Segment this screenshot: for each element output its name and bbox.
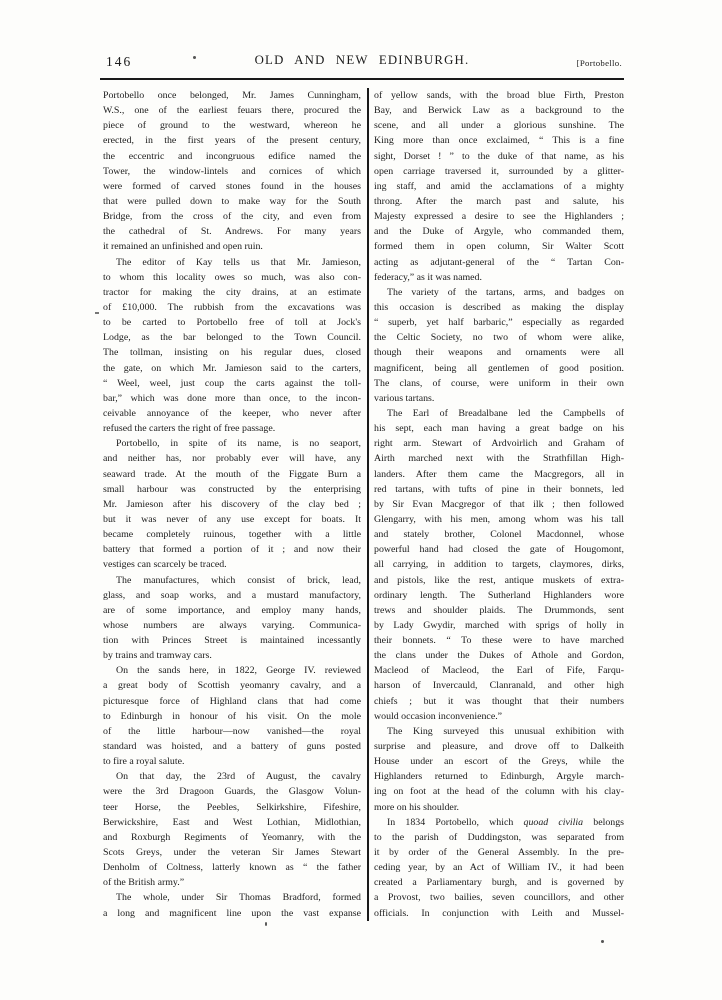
text-line: Bridge, from the cross of the city, and … xyxy=(103,209,361,224)
paragraph: On the sands here, in 1822, George IV. r… xyxy=(103,663,361,769)
scan-speck xyxy=(601,940,604,943)
text-line: it by order of the General Assembly. In … xyxy=(374,845,624,860)
text-line: their bonnets. “ To these were to have m… xyxy=(374,633,624,648)
text-line: trews and shoulder plaids. The Drummonds… xyxy=(374,603,624,618)
paragraph: The variety of the tartans, arms, and ba… xyxy=(374,285,624,406)
text-line: Mr. Jamieson after his discovery of the … xyxy=(103,497,361,512)
text-line: ordinary length. The Sutherland Highland… xyxy=(374,588,624,603)
text-line: were formed of carved stones found in th… xyxy=(103,179,361,194)
page-header: 146 OLD AND NEW EDINBURGH. [Portobello. xyxy=(100,50,624,74)
text-line: glass, and soap works, and a mustard man… xyxy=(103,588,361,603)
text-line: a long and magnificent line upon the vas… xyxy=(103,906,361,921)
paragraph: Portobello once belonged, Mr. James Cunn… xyxy=(103,88,361,255)
text-line: the Celtic Society, no two of whom were … xyxy=(374,330,624,345)
text-line: Berwickshire, East and West Lothian, Mid… xyxy=(103,815,361,830)
text-line: Airth marched next with the Strathfillan… xyxy=(374,451,624,466)
text-line: but it was never of any use except for b… xyxy=(103,512,361,527)
text-line: this occasion is described as making the… xyxy=(374,300,624,315)
text-line: ceding year, by an Act of William IV., i… xyxy=(374,860,624,875)
text-line: are of some importance, and employ many … xyxy=(103,603,361,618)
text-line: In 1834 Portobello, which quoad civilia … xyxy=(374,815,624,830)
text-line: to fire a royal salute. xyxy=(103,754,361,769)
text-line: of yellow sands, with the broad blue Fir… xyxy=(374,88,624,103)
text-line: powerful hand had closed the gate of Hou… xyxy=(374,542,624,557)
text-line: Tower, the window-lintels and cornices o… xyxy=(103,164,361,179)
text-line: seaward trade. At the mouth of the Figga… xyxy=(103,467,361,482)
text-line: open carriage traversed it, surrounded b… xyxy=(374,164,624,179)
text-line: the cathedral of St. Andrews. For many y… xyxy=(103,224,361,239)
text-line: federacy,” as it was named. xyxy=(374,270,624,285)
paragraph: The whole, under Sir Thomas Bradford, fo… xyxy=(103,890,361,920)
text-line: teer Horse, the Peebles, Selkirkshire, F… xyxy=(103,800,361,815)
text-line: Macleod of Macleod, the Earl of Fife, Fa… xyxy=(374,663,624,678)
text-line: Lodge, as the bar belonged to the Town C… xyxy=(103,330,361,345)
text-line: erected, in the first years of the prese… xyxy=(103,133,361,148)
text-line: various tartans. xyxy=(374,391,624,406)
text-line: and pistols, like the rest, antique musk… xyxy=(374,573,624,588)
text-line: chiefs ; but it was thought that their n… xyxy=(374,694,624,709)
text-line: a great body of Scottish yeomanry cavalr… xyxy=(103,678,361,693)
text-line: by Lady Gwydir, marched with sprigs of h… xyxy=(374,618,624,633)
text-line: the gate, on which Mr. Jamieson said to … xyxy=(103,361,361,376)
text-line: by trains and tramway cars. xyxy=(103,648,361,663)
text-line: Highlanders returned to Edinburgh, Argyl… xyxy=(374,769,624,784)
text-line: throng. After the march past and salute,… xyxy=(374,194,624,209)
column-divider-rule xyxy=(367,88,369,921)
text-line: The Earl of Breadalbane led the Campbell… xyxy=(374,406,624,421)
italic-phrase: quoad civilia xyxy=(524,817,584,828)
text-line: formed them in open column, Sir Walter S… xyxy=(374,239,624,254)
text-line: of the British army.” xyxy=(103,875,361,890)
header-rule xyxy=(100,78,624,80)
text-line: of the little harbour—now vanished—the r… xyxy=(103,724,361,739)
text-line: all carrying, in addition to targets, cl… xyxy=(374,557,624,572)
text-line: picturesque force of Highland clans that… xyxy=(103,694,361,709)
text-line: ceivable annoyance of the keeper, who ne… xyxy=(103,406,361,421)
text-line: his sept, each man having a great badge … xyxy=(374,421,624,436)
text-line: scene, and all under a glorious sunshine… xyxy=(374,118,624,133)
text-line: to be carted to Portobello free of toll … xyxy=(103,315,361,330)
text-line: harson of Invercauld, Clanranald, and ot… xyxy=(374,678,624,693)
text-line: to whom this locality owes so much, was … xyxy=(103,270,361,285)
paragraph: The King surveyed this unusual exhibitio… xyxy=(374,724,624,815)
text-line: “ Weel, weel, just coup the carts agains… xyxy=(103,376,361,391)
text-line: and neither has, nor probably ever will … xyxy=(103,451,361,466)
text-line: The tollman, insisting on his regular du… xyxy=(103,345,361,360)
text-line: King more than once exclaimed, “ This is… xyxy=(374,133,624,148)
paragraph: The Earl of Breadalbane led the Campbell… xyxy=(374,406,624,724)
text-line: tion with Princes Street is maintained i… xyxy=(103,633,361,648)
text-line: by Sir Evan Macgregor of that ilk ; then… xyxy=(374,497,624,512)
text-line: vestiges can scarcely be traced. xyxy=(103,557,361,572)
text-line: Portobello, in spite of its name, is no … xyxy=(103,436,361,451)
text-line: created a Parliamentary burgh, and is go… xyxy=(374,875,624,890)
text-line: On that day, the 23rd of August, the cav… xyxy=(103,769,361,784)
text-line: The whole, under Sir Thomas Bradford, fo… xyxy=(103,890,361,905)
text-line: The manufactures, which consist of brick… xyxy=(103,573,361,588)
text-line: surprise and pleasure, and drove off to … xyxy=(374,739,624,754)
text-line: refused the carters the right of free pa… xyxy=(103,421,361,436)
paragraph: In 1834 Portobello, which quoad civilia … xyxy=(374,815,624,921)
text-line: more on his shoulder. xyxy=(374,800,624,815)
text-line: acting as adjutant-general of the “ Tart… xyxy=(374,255,624,270)
text-line: Majesty expressed a desire to see the Hi… xyxy=(374,209,624,224)
text-columns: Portobello once belonged, Mr. James Cunn… xyxy=(103,88,624,921)
text-line: though their weapons and ornaments were … xyxy=(374,345,624,360)
text-line: ing staff, and amid the acclamations of … xyxy=(374,179,624,194)
text-line: Bay, and Berwick Law as a background to … xyxy=(374,103,624,118)
text-line: would occasion inconvenience.” xyxy=(374,709,624,724)
text-line: piece of ground to the westward, whereon… xyxy=(103,118,361,133)
text-line: it remained an unfinished and open ruin. xyxy=(103,239,361,254)
column-left: Portobello once belonged, Mr. James Cunn… xyxy=(103,88,361,921)
text-line: tractor for making the city drains, at a… xyxy=(103,285,361,300)
text-line: The editor of Kay tells us that Mr. Jami… xyxy=(103,255,361,270)
text-line: and the Duke of Argyle, who commanded th… xyxy=(374,224,624,239)
text-line: a Provost, two bailies, seven councillor… xyxy=(374,890,624,905)
text-line: Denholm of Coltness, latterly known as “… xyxy=(103,860,361,875)
text-line: and stately brother, Colonel Macdonnel, … xyxy=(374,527,624,542)
scan-speck xyxy=(95,312,99,314)
text-line: right arm. Stewart of Ardvoirlich and Gr… xyxy=(374,436,624,451)
section-label: [Portobello. xyxy=(577,58,622,68)
text-line: House under an escort of the Greys, whil… xyxy=(374,754,624,769)
text-line: On the sands here, in 1822, George IV. r… xyxy=(103,663,361,678)
text-line: red tartans, with tufts of pine in their… xyxy=(374,482,624,497)
text-line: of £10,000. The rubbish from the excavat… xyxy=(103,300,361,315)
paragraph: The manufactures, which consist of brick… xyxy=(103,573,361,664)
text-line: sight, Dorset ! ” to the duke of that na… xyxy=(374,149,624,164)
text-line: battery that formed a portion of it ; an… xyxy=(103,542,361,557)
text-segment: belongs xyxy=(583,817,624,828)
text-line: small harbour was constructed by the ent… xyxy=(103,482,361,497)
text-line: were the 3rd Dragoon Guards, the Glasgow… xyxy=(103,784,361,799)
text-line: to the parish of Duddingston, was separa… xyxy=(374,830,624,845)
text-line: whose numbers are always varying. Commun… xyxy=(103,618,361,633)
paragraph: Portobello, in spite of its name, is no … xyxy=(103,436,361,572)
text-line: standard was hoisted, and a battery of g… xyxy=(103,739,361,754)
text-line: landers. After them came the Macgregors,… xyxy=(374,467,624,482)
text-line: Glengarry, with his men, among whom was … xyxy=(374,512,624,527)
scan-speck xyxy=(193,56,196,59)
text-line: magnificent, being all gentlemen of good… xyxy=(374,361,624,376)
text-line: Scots Greys, under the veteran Sir James… xyxy=(103,845,361,860)
text-line: and Roxburgh Regiments of Yeomanry, with… xyxy=(103,830,361,845)
text-line: W.S., one of the earliest feuars there, … xyxy=(103,103,361,118)
text-line: ing on foot at the head of the column wi… xyxy=(374,784,624,799)
text-line: the clans under the Dukes of Athole and … xyxy=(374,648,624,663)
text-line: The clans, of course, were uniform in th… xyxy=(374,376,624,391)
book-page: 146 OLD AND NEW EDINBURGH. [Portobello. … xyxy=(0,0,722,1000)
text-line: officials. In conjunction with Leith and… xyxy=(374,906,624,921)
text-segment: In 1834 Portobello, which xyxy=(387,817,524,828)
text-line: “ superb, yet half barbaric,” especially… xyxy=(374,315,624,330)
running-title: OLD AND NEW EDINBURGH. xyxy=(100,53,624,68)
paragraph: The editor of Kay tells us that Mr. Jami… xyxy=(103,255,361,437)
text-line: that were pulled down to make way for th… xyxy=(103,194,361,209)
text-line: to Edinburgh in honour of his visit. On … xyxy=(103,709,361,724)
text-line: The King surveyed this unusual exhibitio… xyxy=(374,724,624,739)
text-line: became completely ruinous, together with… xyxy=(103,527,361,542)
scan-speck xyxy=(265,922,267,926)
paragraph: of yellow sands, with the broad blue Fir… xyxy=(374,88,624,285)
paragraph: On that day, the 23rd of August, the cav… xyxy=(103,769,361,890)
text-line: The variety of the tartans, arms, and ba… xyxy=(374,285,624,300)
text-line: Portobello once belonged, Mr. James Cunn… xyxy=(103,88,361,103)
text-line: the eccentric and incongruous edifice na… xyxy=(103,149,361,164)
text-line: bar,” which was done more than once, to … xyxy=(103,391,361,406)
column-right: of yellow sands, with the broad blue Fir… xyxy=(374,88,624,921)
